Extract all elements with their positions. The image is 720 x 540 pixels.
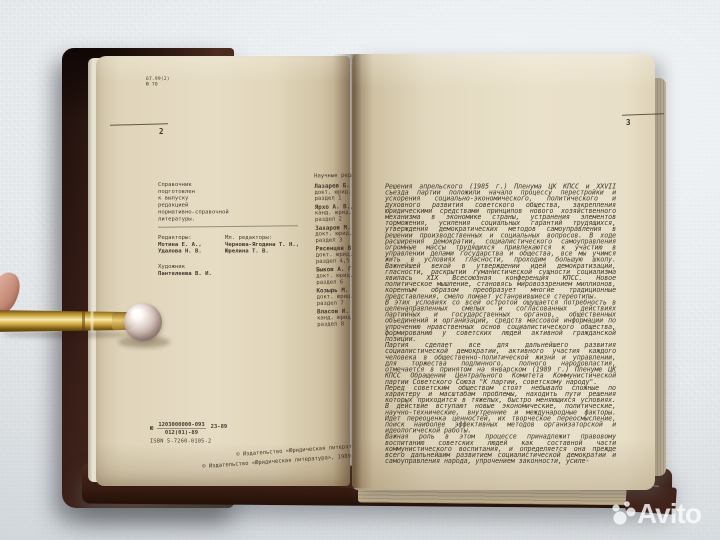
imprint-code-right: 23-89: [211, 423, 228, 430]
prepared-note-line: к выпуску: [158, 195, 308, 202]
book-photo: 67.99(2)Ю 70 2 Справочник подготовлен к …: [0, 0, 720, 540]
classification-code: 67.99(2)Ю 70: [146, 76, 170, 87]
artist-name: Пантелеева В. И.: [158, 270, 212, 277]
junior-editors-heading: Мл. редакторы:: [225, 234, 299, 241]
avito-logo-icon: [601, 497, 637, 533]
imprint-denominator: 012(01)-89: [157, 429, 206, 436]
left-page-number: 2: [159, 127, 164, 136]
pen-crystal-ball: [124, 303, 162, 341]
artist-heading: Художник: [158, 263, 212, 270]
prepared-note-line: литературы.: [158, 215, 308, 222]
imprint-fraction: 1203000000-093 012(01)-89: [157, 421, 206, 436]
avito-watermark-text: Avito: [637, 498, 701, 530]
right-page-body-text: Решения апрельского (1985 г.) Пленума ЦК…: [385, 184, 616, 465]
prepared-note-line: нормативно-справочной: [158, 208, 308, 215]
imprint-code-row: Ю 1203000000-093 012(01)-89 23-89: [150, 421, 227, 436]
pen-ball-highlight: [132, 309, 140, 316]
prepared-note-line: Справочник: [158, 181, 308, 188]
junior-editors-column: Мл. редакторы: Чернова-Ягодина Т. Н., Юр…: [225, 234, 299, 254]
prepared-note-line: подготовлен: [158, 188, 308, 195]
body-paragraph: В этих условиях со всей остротой ощущает…: [385, 300, 616, 343]
body-paragraph: Перед советским обществом стоят небывало…: [385, 385, 616, 434]
isbn-line: ISBN 5-7260-0105-2: [150, 438, 227, 444]
body-paragraph: Решения апрельского (1985 г.) Пленума ЦК…: [385, 184, 616, 300]
junior-editor-name: Чернова-Ягодина Т. Н.,: [225, 241, 299, 248]
body-paragraph: Партия сделает все для дальнейшего разви…: [385, 343, 616, 386]
imprint-block: Ю 1203000000-093 012(01)-89 23-89 ISBN 5…: [150, 421, 227, 444]
body-paragraph: Важная роль в этом процессе принадлежит …: [385, 434, 616, 465]
pen-shadow: [2, 331, 130, 338]
imprint-numerator: 1203000000-093: [157, 421, 206, 429]
prepared-note-line: редакцией: [158, 202, 308, 209]
classification-line2: Ю 70: [146, 82, 158, 88]
junior-editor-name: Юрелина Т. В.: [225, 248, 299, 255]
right-page-number: 3: [626, 118, 631, 127]
prepared-note: Справочник подготовлен к выпуску редакци…: [158, 181, 308, 222]
imprint-prefix: Ю: [150, 425, 153, 432]
fingertip: [0, 269, 24, 317]
artist-block: Художник Пантелеева В. И.: [158, 263, 212, 277]
